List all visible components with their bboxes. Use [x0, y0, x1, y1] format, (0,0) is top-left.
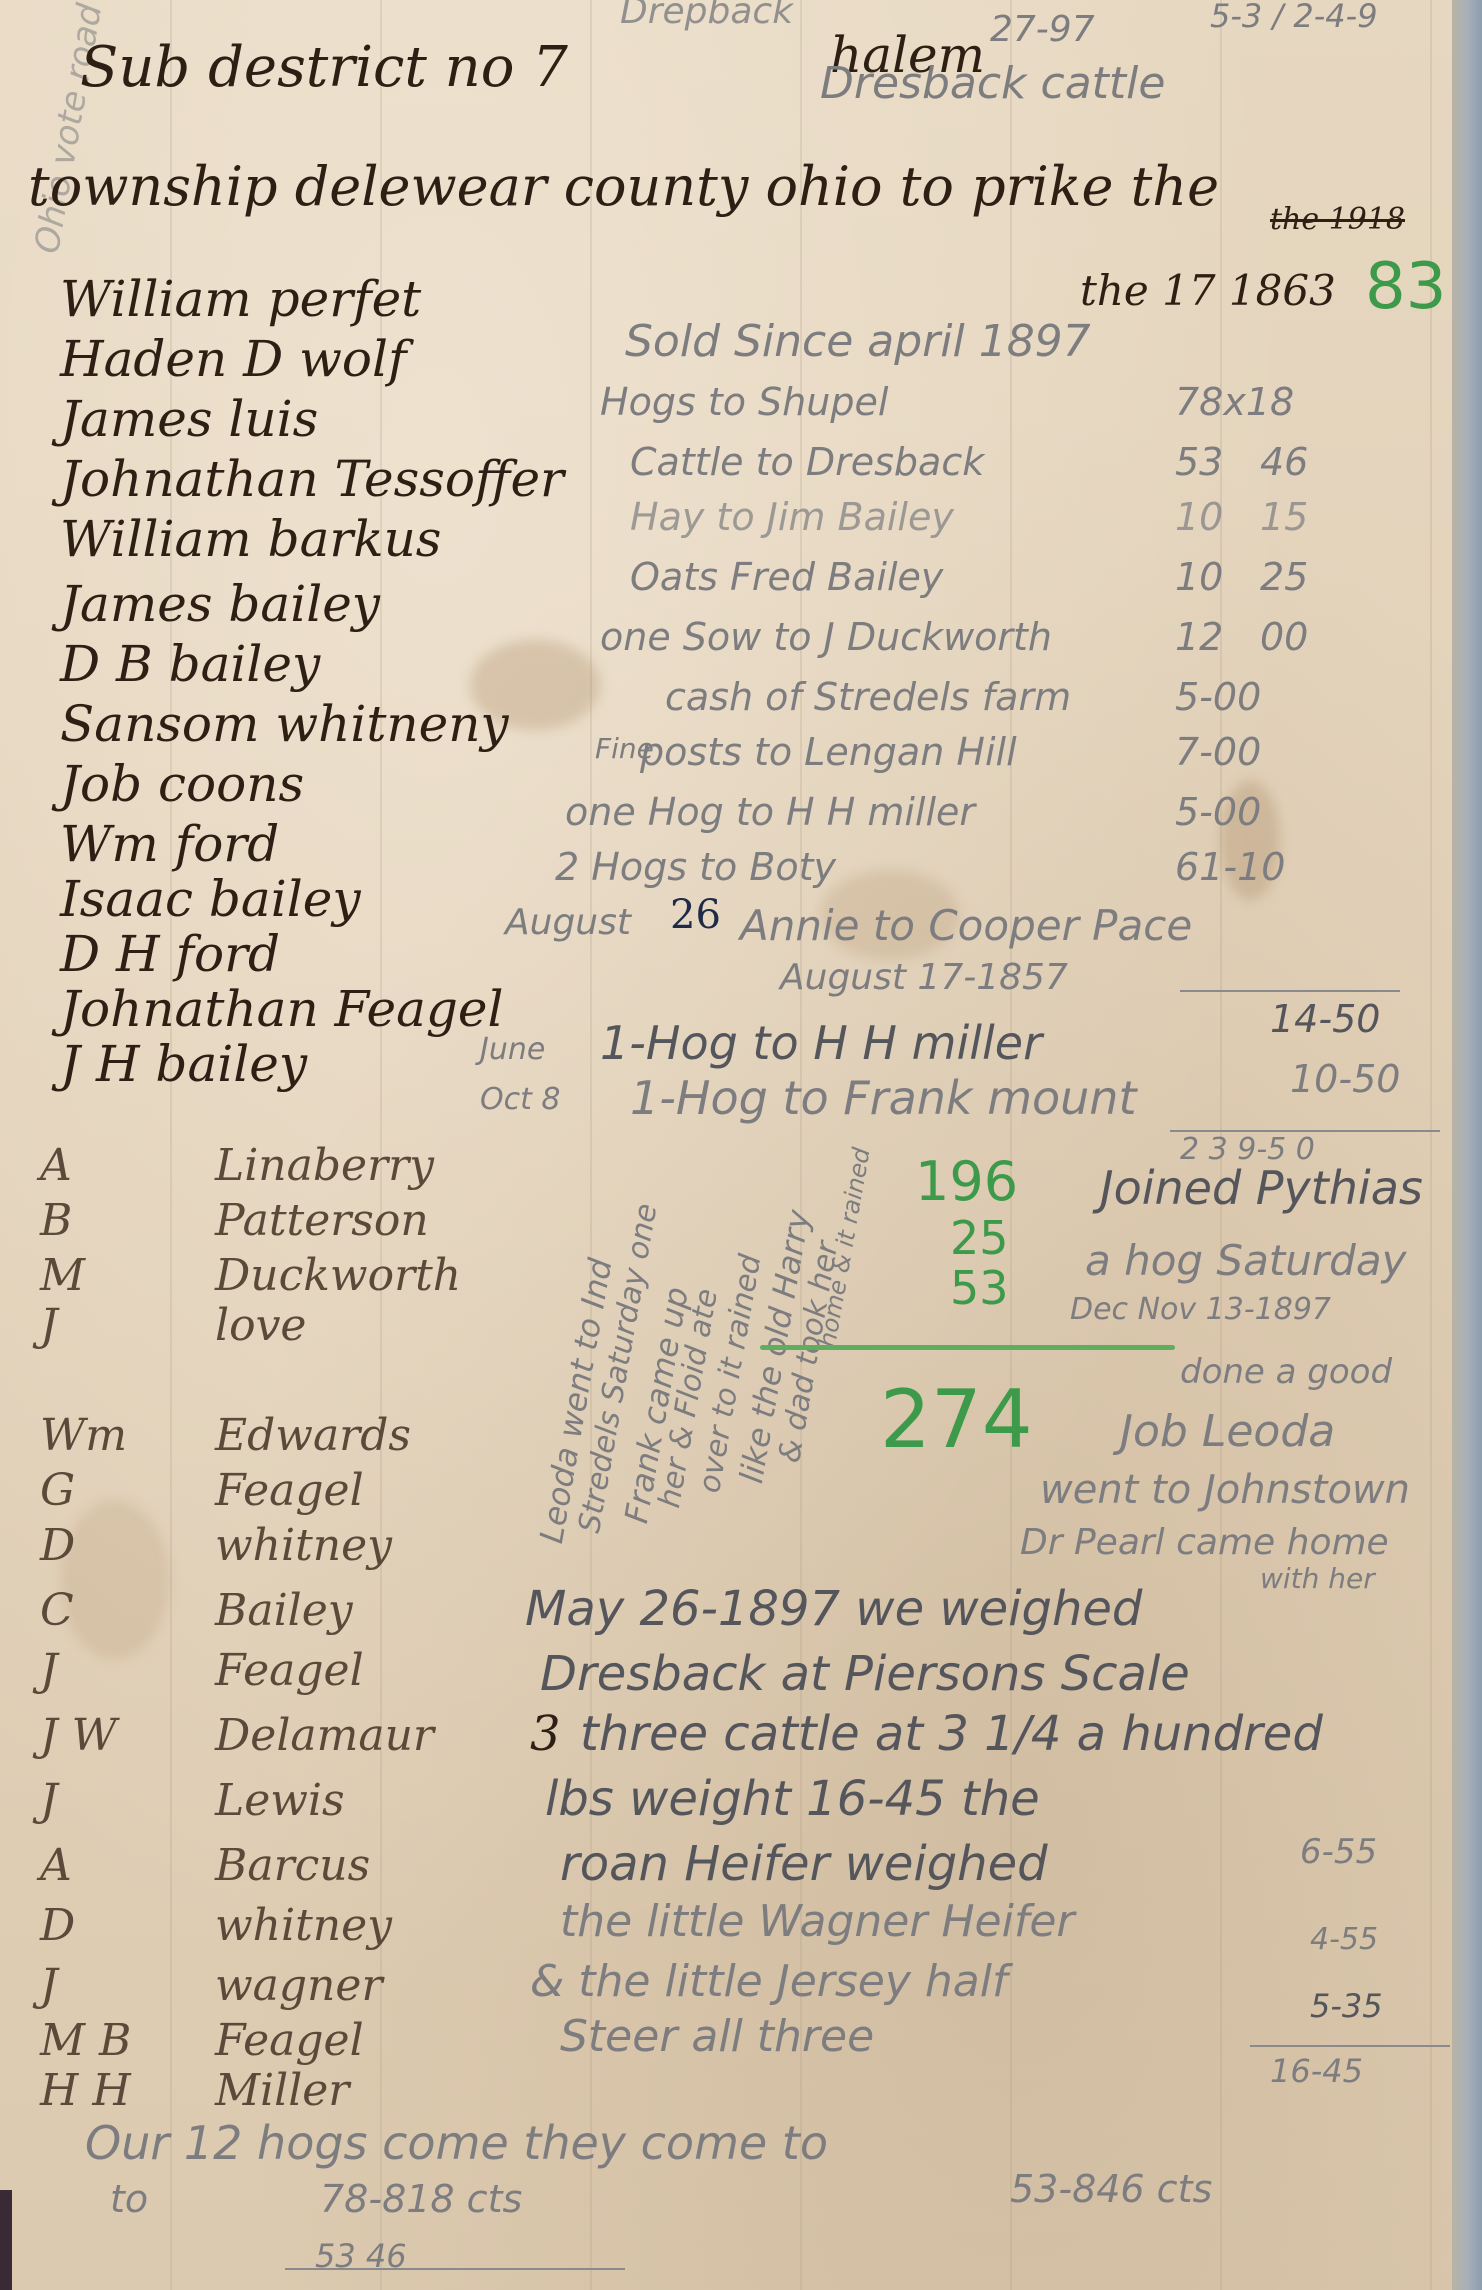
oct-amount: 10-50: [1290, 1060, 1400, 1098]
right-note: Dec Nov 13-1897: [1070, 1295, 1331, 1325]
ledger-desc: Hogs to Shupel: [600, 380, 888, 424]
next-page-edge: [1452, 0, 1482, 2290]
cattle-line: Steer all three: [560, 2015, 874, 2059]
ledger-desc: Hay to Jim Bailey: [630, 495, 954, 539]
august-day: 26: [670, 895, 721, 935]
surname: Lewis: [215, 1775, 345, 1826]
cattle-weight: 5-35: [1310, 1990, 1383, 2022]
ledger-amount-cents: 25: [1260, 555, 1308, 599]
right-note: with her: [1260, 1565, 1375, 1593]
initial: D: [40, 1520, 180, 1571]
cattle-line: & the little Jersey half: [530, 1960, 1007, 2004]
initial: H H: [40, 2065, 180, 2116]
ledger-amount: 5-00: [1175, 675, 1261, 719]
ledger-desc: Oats Fred Bailey: [630, 555, 943, 599]
ledger-desc: one Sow to J Duckworth: [600, 615, 1052, 659]
right-note: went to Johnstown: [1040, 1470, 1410, 1510]
ledger-amount: 5-00: [1175, 790, 1261, 834]
ledger-amount-cents: 00: [1260, 615, 1308, 659]
weights-sum-line: [1250, 2045, 1450, 2047]
name-item: James bailey: [60, 575, 380, 633]
cattle-ur3: 3: [530, 1710, 561, 1758]
ledger-amount-cents: 15: [1260, 495, 1308, 539]
cattle-line: Dresback at Piersons Scale: [540, 1650, 1190, 1698]
cattle-line: three cattle at 3 1/4 a hundred: [580, 1710, 1323, 1758]
header-subdistrict: Sub destrict no 7: [80, 40, 568, 96]
right-note: done a good: [1180, 1355, 1392, 1389]
name-item: Wm ford: [60, 815, 279, 873]
cattle-line: roan Heifer weighed: [560, 1840, 1048, 1888]
surname: Feagel: [215, 1465, 364, 1516]
ledger-amount-cents: 46: [1260, 440, 1308, 484]
header-pencil-subtitle: Dresback cattle: [820, 62, 1165, 106]
name-item: Johnathan Tessoffer: [60, 450, 564, 508]
ledger-amount: 61-10: [1175, 845, 1285, 889]
oct-entry: 1-Hog to Frank mount: [630, 1075, 1137, 1121]
footer-to: to: [110, 2180, 148, 2218]
ledger-desc: cash of Stredels farm: [665, 675, 1071, 719]
initial: Wm: [40, 1410, 180, 1461]
oct-label: Oct 8: [480, 1085, 561, 1115]
name-item: D B bailey: [60, 635, 320, 693]
green-value: 53: [950, 1265, 1009, 1311]
name-item: William barkus: [60, 510, 441, 568]
initial: J: [40, 1300, 180, 1351]
initial: A: [40, 1840, 180, 1891]
header-struck-date: the 1918: [1270, 205, 1405, 235]
initial: J: [40, 1960, 180, 2011]
surname: wagner: [215, 1960, 382, 2011]
surname: Edwards: [215, 1410, 411, 1461]
header-pencil-fraction: 5-3 / 2-4-9: [1210, 0, 1378, 32]
name-item: Johnathan Feagel: [60, 980, 504, 1038]
annie-line: Annie to Cooper Pace: [740, 905, 1192, 947]
ledger-amount: 78x18: [1175, 380, 1294, 424]
right-note: a hog Saturday: [1085, 1240, 1406, 1282]
header-pencil-top: Drepback: [620, 0, 793, 30]
green-total: 274: [880, 1380, 1033, 1460]
name-item: Sansom whitneny: [60, 695, 509, 753]
ledger-desc: posts to Lengan Hill: [640, 730, 1017, 774]
initial: G: [40, 1465, 180, 1516]
initial: C: [40, 1585, 180, 1636]
ledger-amount: 53: [1175, 440, 1223, 484]
right-note: Dr Pearl came home: [1020, 1525, 1389, 1561]
june-amount: 14-50: [1270, 1000, 1380, 1038]
ledger-amount: 10: [1175, 495, 1223, 539]
name-item: Isaac bailey: [60, 870, 361, 928]
green-page-number: 83: [1365, 255, 1446, 319]
name-item: Job coons: [60, 755, 304, 813]
fine-note: Fine: [595, 735, 654, 763]
initial: A: [40, 1140, 180, 1191]
ledger-title: Sold Since april 1897: [625, 320, 1091, 364]
surname: Linaberry: [215, 1140, 434, 1191]
surname: Feagel: [215, 1645, 364, 1696]
surname: Duckworth: [215, 1250, 461, 1301]
august-label: August: [505, 905, 631, 941]
surname: whitney: [215, 1900, 392, 1951]
cattle-line: lbs weight 16-45 the: [545, 1775, 1040, 1823]
june-label: June: [480, 1035, 545, 1065]
june-entry: 1-Hog to H H miller: [600, 1020, 1042, 1066]
footer-line-rule: [285, 2268, 625, 2270]
cattle-line: May 26-1897 we weighed: [525, 1585, 1142, 1633]
august-date: August 17-1857: [780, 960, 1068, 996]
initial: J W: [40, 1710, 180, 1761]
name-item: J H bailey: [60, 1035, 307, 1093]
cattle-total: 16-45: [1270, 2055, 1363, 2087]
footer-amount-right: 53-846 cts: [1010, 2170, 1212, 2208]
footer-amount: 78-818 cts: [320, 2180, 522, 2218]
divider-line: [1180, 990, 1400, 992]
surname: love: [215, 1300, 306, 1351]
initial: M: [40, 1250, 180, 1301]
ledger-desc: 2 Hogs to Boty: [555, 845, 836, 889]
ledger-amount: 10: [1175, 555, 1223, 599]
name-item: D H ford: [60, 925, 280, 983]
surname: Patterson: [215, 1195, 429, 1246]
ledger-amount: 7-00: [1175, 730, 1261, 774]
header-township-line: township delewear county ohio to prike t…: [28, 160, 1219, 214]
initial: J: [40, 1775, 180, 1826]
footer-line: Our 12 hogs come they come to: [85, 2120, 828, 2166]
cattle-weight: 4-55: [1310, 1925, 1378, 1955]
green-value: 25: [950, 1215, 1009, 1261]
ledger-amount: 12: [1175, 615, 1223, 659]
ledger-page: Ohio vote road Drepback 27-97 5-3 / 2-4-…: [0, 0, 1452, 2290]
surname: whitney: [215, 1520, 392, 1571]
surname: Barcus: [215, 1840, 370, 1891]
header-pencil-date: 27-97: [990, 12, 1095, 48]
green-sum-line: [760, 1345, 1175, 1350]
initial: J: [40, 1645, 180, 1696]
green-value: 196: [915, 1155, 1018, 1209]
binding-edge: [0, 2190, 12, 2290]
name-item: James luis: [60, 390, 318, 448]
cattle-line: the little Wagner Heifer: [560, 1900, 1075, 1944]
surname: Delamaur: [215, 1710, 434, 1761]
header-date-right: the 17 1863: [1080, 270, 1336, 312]
cattle-weight: 6-55: [1300, 1835, 1377, 1869]
right-note: Job Leoda: [1120, 1410, 1335, 1454]
right-note: Joined Pythias: [1100, 1165, 1423, 1211]
surname: Miller: [215, 2065, 349, 2116]
ledger-desc: one Hog to H H miller: [565, 790, 975, 834]
initial: B: [40, 1195, 180, 1246]
ledger-desc: Cattle to Dresback: [630, 440, 984, 484]
surname: Bailey: [215, 1585, 353, 1636]
initial: M B: [40, 2015, 180, 2066]
surname: Feagel: [215, 2015, 364, 2066]
initial: D: [40, 1900, 180, 1951]
name-item: William perfet: [60, 270, 421, 328]
name-item: Haden D wolf: [60, 330, 406, 388]
